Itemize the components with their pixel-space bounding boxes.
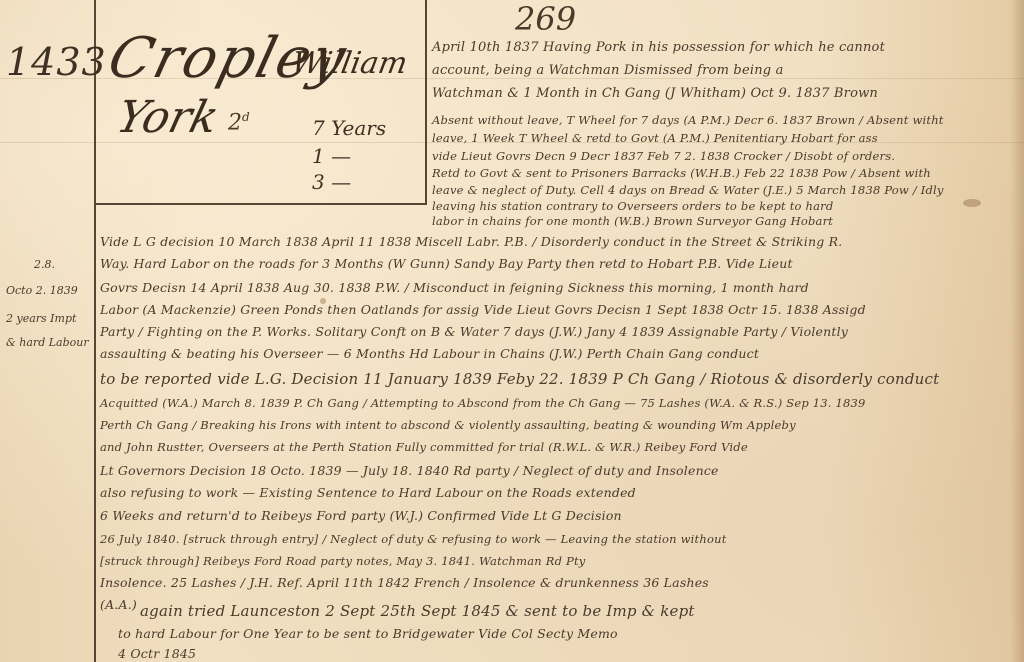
voyage-number-value: 2 (228, 110, 242, 135)
conduct-line: 26 July 1840. [struck through entry] / N… (100, 532, 727, 546)
conduct-line: Lt Governors Decision 18 Octo. 1839 — Ju… (100, 463, 719, 478)
conduct-line: April 10th 1837 Having Pork in his posse… (432, 40, 885, 55)
margin-note: 2.8. (34, 258, 55, 271)
conduct-line: leave, 1 Week T Wheel & retd to Govt (A … (432, 131, 878, 145)
conduct-line: 6 Weeks and return'd to Reibeys Ford par… (100, 508, 622, 523)
conduct-line: (A.A.) (100, 597, 137, 612)
margin-note: & hard Labour (6, 336, 89, 349)
conduct-line: to be reported vide L.G. Decision 11 Jan… (100, 370, 939, 388)
conduct-line: to hard Labour for One Year to be sent t… (118, 626, 618, 641)
conduct-line: again tried Launceston 2 Sept 25th Sept … (140, 602, 695, 620)
conduct-line: Perth Ch Gang / Breaking his Irons with … (100, 418, 796, 432)
conduct-line: leave & neglect of Duty. Cell 4 days on … (432, 183, 944, 197)
margin-note: Octo 2. 1839 (6, 284, 78, 297)
folio-number: 269 (515, 0, 576, 38)
ship-name: York (112, 92, 224, 143)
conduct-line: Labor (A Mackenzie) Green Ponds then Oat… (100, 302, 866, 317)
conduct-line: Vide L G decision 10 March 1838 April 11… (100, 234, 842, 249)
conduct-line: Retd to Govt & sent to Prisoners Barrack… (432, 166, 931, 180)
conduct-line: leaving his station contrary to Overseer… (432, 199, 833, 213)
margin-note: 2 years Impt (6, 312, 76, 325)
conduct-line: vide Lieut Govrs Decn 9 Decr 1837 Feb 7 … (432, 149, 895, 163)
conduct-line: also refusing to work — Existing Sentenc… (100, 485, 636, 500)
register-number: 1433 (6, 40, 107, 84)
conduct-line: Way. Hard Labor on the roads for 3 Month… (100, 256, 793, 271)
conduct-line: account, being a Watchman Dismissed from… (432, 63, 784, 78)
conduct-line: assaulting & beating his Overseer — 6 Mo… (100, 346, 759, 361)
register-page: 1433 Cropley William York 2d 7 Years 1 —… (0, 0, 1024, 662)
sentence-line: 7 Years (312, 116, 386, 140)
sentence-line: 3 — (312, 170, 351, 194)
voyage-number: 2d (228, 110, 250, 135)
ink-stain (963, 199, 981, 207)
conduct-line: [struck through] Reibeys Ford Road party… (100, 554, 586, 568)
conduct-line: Absent without leave, T Wheel for 7 days… (432, 113, 944, 127)
conduct-line: Insolence. 25 Lashes / J.H. Ref. April 1… (100, 575, 709, 590)
conduct-line: Watchman & 1 Month in Ch Gang (J Whitham… (432, 86, 878, 101)
voyage-suffix: d (242, 110, 250, 124)
conduct-line: labor in chains for one month (W.B.) Bro… (432, 214, 833, 228)
conduct-line: Acquitted (W.A.) March 8. 1839 P. Ch Gan… (100, 396, 866, 410)
conduct-line: 4 Octr 1845 (118, 646, 196, 661)
forename: William (289, 46, 410, 81)
conduct-line: Govrs Decisn 14 April 1838 Aug 30. 1838 … (100, 280, 809, 295)
sentence-line: 1 — (312, 144, 351, 168)
conduct-line: Party / Fighting on the P. Works. Solita… (100, 324, 848, 339)
conduct-line: and John Rustter, Overseers at the Perth… (100, 440, 748, 454)
page-edge (1010, 0, 1024, 662)
